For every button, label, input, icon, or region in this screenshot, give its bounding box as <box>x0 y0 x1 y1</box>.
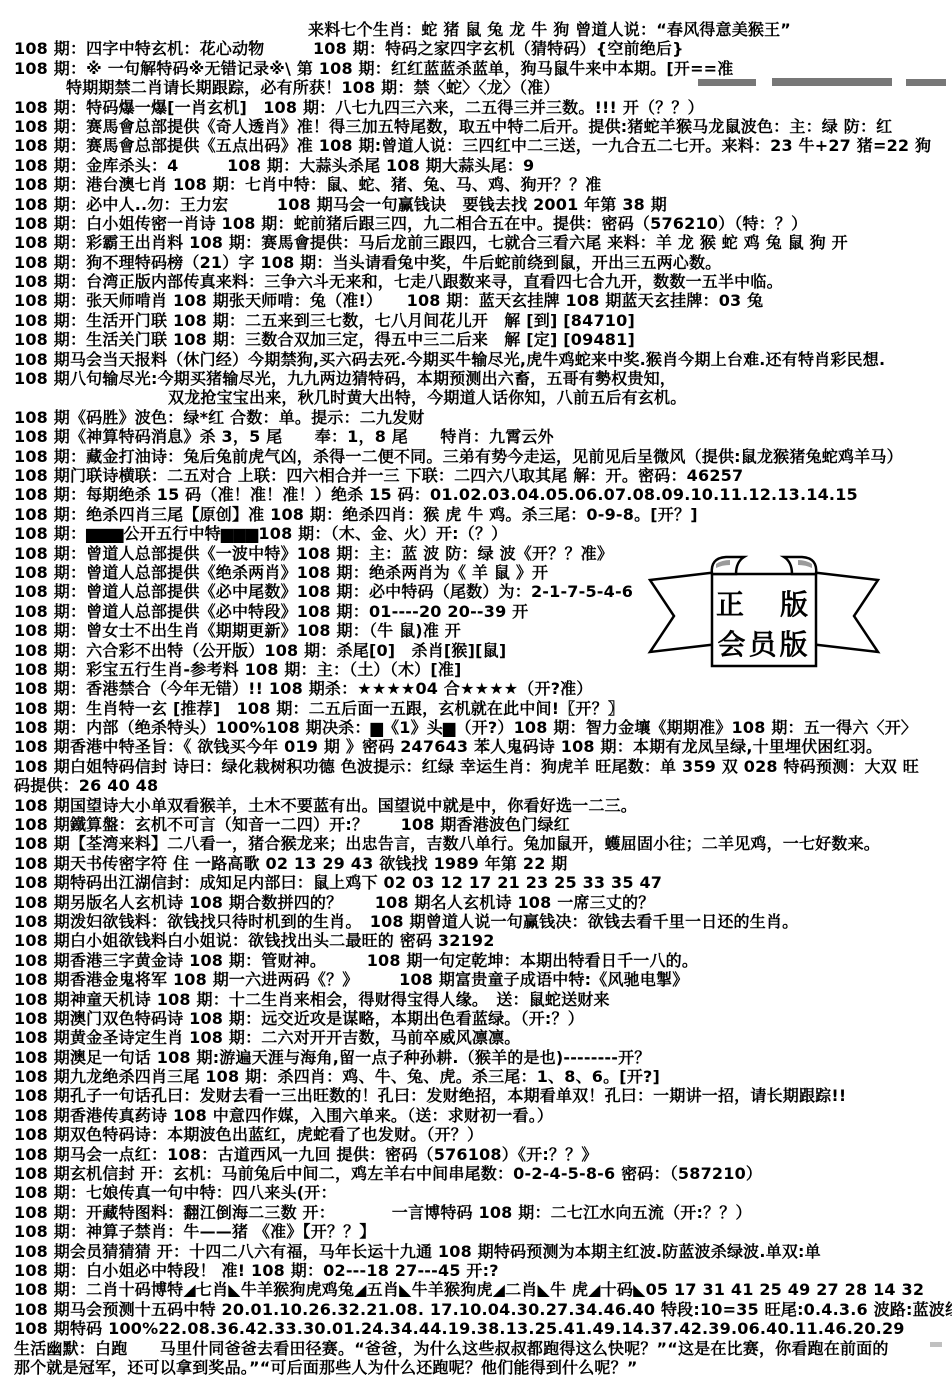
text-line: 108 期：生活开门联 108 期：二五来到三七数，七八月间花儿开 解 [到] … <box>0 311 952 330</box>
text-line: 108 期：赛馬會总部提供《奇人透肖》准！得三加五特尾数，取五中特二后开。提供:… <box>0 117 952 136</box>
genuine-member-edition-banner: 正 版 会员版 <box>646 550 882 670</box>
text-line: 108 期国望诗大小单双看猴羊，土木不要蓝有出。国望说中就是中，你看好选一二三。 <box>0 796 952 815</box>
text-line: 108 期特码 100%22.08.36.42.33.30.01.24.34.4… <box>0 1319 952 1338</box>
text-line: 108 期澳门双色特码诗 108 期：远交近攻是谋略，本期出色看蓝绿。（开:？） <box>0 1009 952 1028</box>
text-line: 108 期：白小姐必中特段！ 准! 108 期：02---18 27---45 … <box>0 1261 952 1280</box>
text-line: 生活幽默：白跑 马里什同爸爸去看田径赛。“爸爸，为什么这些叔叔都跑得这么快呢？”… <box>0 1339 952 1358</box>
text-line: 108 期：生肖特一玄 [推荐] 108 期：二五后面一五跟，玄机就在此中间!〖… <box>0 699 952 718</box>
text-line: 108 期：※ 一句解特码※无错记录※\ 第 108 期：红红蓝蓝杀蓝单，狗马鼠… <box>0 59 952 78</box>
text-line: 108 期另版名人玄机诗 108 期合数拼四的？ 108 期名人玄机诗 108 … <box>0 893 952 912</box>
text-line: 码提供：26 40 48 <box>0 776 952 795</box>
text-line: 108 期：金库杀头：4 108 期：大蒜头杀尾 108 期大蒜头尾：9 <box>0 156 952 175</box>
text-line: 108 期九龙绝杀四肖三尾 108 期：杀四肖：鸡、牛、兔、虎。杀三尾：1、8、… <box>0 1067 952 1086</box>
text-line: 108 期：藏金打油诗：兔后兔前虎气凶，杀得一二便不同。三弟有势今走运，见前见后… <box>0 447 952 466</box>
text-line: 108 期：▆▆▆公开五行中特▆▆▆108 期：（木、金、火）开:（？） <box>0 524 952 543</box>
text-line: 108 期香港三字黄金诗 108 期：管财神。 108 期一句定乾坤：本期出特看… <box>0 951 952 970</box>
ribbon-left-tail <box>650 572 718 652</box>
text-line: 108 期会员猜猜猜 开：十四二八六有福，马年长运十九通 108 期特码预测为本… <box>0 1242 952 1261</box>
text-line: 108 期玄机信封 开：玄机：马前兔后中间二，鸡左羊右中间串尾数：0-2-4-5… <box>0 1164 952 1183</box>
text-line: 108 期白小姐欲钱料白小姐说：欲钱找出头二最旺的 密码 32192 <box>0 931 952 950</box>
text-line: 108 期马会预测十五码中特 20.01.10.26.32.21.08. 17.… <box>0 1300 952 1319</box>
text-line: 108 期神童天机诗 108 期：十二生肖来相会，得财得宝得人缘。 送：鼠蛇送财… <box>0 990 952 1009</box>
text-line: 108 期鐵算盤：玄机不可言（知音一二四）开:？ 108 期香港波色门绿红 <box>0 815 952 834</box>
ribbon-scroll-graphic: 正 版 会员版 <box>646 550 882 670</box>
text-line: 108 期白姐特码信封 诗曰：绿化栽树积功德 色波提示：红绿 幸运生肖：狗虎羊 … <box>0 757 952 776</box>
text-line: 108 期：四字中特玄机：花心动物 108 期：特码之家四字玄机（猜特码）{空前… <box>0 39 952 58</box>
ribbon-right-tail <box>810 572 878 652</box>
text-line: 108 期：每期绝杀 15 码（准！准！准！）绝杀 15 码：01.02.03.… <box>0 485 952 504</box>
text-line: 108 期马会当天报料（休门经）今期禁狗,买六码去死.今期买牛输尽光,虎牛鸡蛇来… <box>0 350 952 369</box>
text-line: 108 期泼妇欲钱料：欲钱找只待时机到的生肖。 108 期曾道人说一句赢钱决：欲… <box>0 912 952 931</box>
text-line: 108 期：神算子禁肖：牛——猪 《准》【开？？】 <box>0 1222 952 1241</box>
text-line: 108 期：彩霸王出肖料 108 期：赛馬會提供：马后龙前三跟四，七就合三看六尾… <box>0 233 952 252</box>
text-line: 108 期澳足一句话 108 期:游遍天涯与海角,留一点子种孙耕.（猴羊的是也)… <box>0 1048 952 1067</box>
text-line: 108 期：赛馬會总部提供《五点出码》准 108 期:曾道人说：三四红中二三送，… <box>0 136 952 155</box>
text-line: 108 期孔子一句话孔曰：发财去看一三出旺数的！孔曰：发财绝招，本期看单双！孔曰… <box>0 1086 952 1105</box>
text-line: 108 期【荃湾来料】二八看一，猪合猴龙来；出忠告言，吉数八单行。兔加鼠开，蠖屈… <box>0 834 952 853</box>
text-line: 108 期香港中特圣旨：《 欲钱买今年 019 期 》密码 247643 苯人鬼… <box>0 737 952 756</box>
scan-artifact <box>906 79 946 86</box>
text-line: 108 期：内部（绝杀特头）100%108 期决杀：▆《1》头▆（开?）108 … <box>0 718 952 737</box>
text-line: 108 期：白小姐传密一肖诗 108 期：蛇前猪后跟三四，九二相合五在中。提供：… <box>0 214 952 233</box>
scan-artifact <box>772 78 892 86</box>
text-line: 108 期：七娘传真一句中特：四八来头(开： <box>0 1183 952 1202</box>
text-line: 108 期：生活关门联 108 期：三数合双加三定，得五中三二后来 解 [定] … <box>0 330 952 349</box>
text-line: 108 期马会一点红：108：古道西风一九回 提供：密码（576108）《开:？… <box>0 1145 952 1164</box>
text-line: 那个就是冠军，还可以拿到奖品。”“可后面那些人为什么还跑呢？他们能得到什么呢？” <box>0 1358 952 1377</box>
text-line: 108 期：必中人..勿：王力宏 108 期马会一句赢钱诀 要钱去找 2001 … <box>0 195 952 214</box>
text-line: 108 期：绝杀四肖三尾【原创】准 108 期：绝杀四肖：猴 虎 牛 鸡。杀三尾… <box>0 505 952 524</box>
banner-text-line2: 会员版 <box>717 628 810 661</box>
text-line: 108 期香港传真药诗 108 中意四作媒，入围六单来。（送：求财初一看。） <box>0 1106 952 1125</box>
text-line: 108 期：香港禁合（今年无错）!! 108 期杀：★★★★04 合★★★★（开… <box>0 679 952 698</box>
text-line: 双龙抢宝宝出来，秋几时黄大出特，今期道人话你知，八前五后有玄机。 <box>0 388 952 407</box>
text-line: 108 期《码胜》波色：绿*红 合数：单。提示：二九发财 <box>0 408 952 427</box>
text-line: 108 期黄金圣诗定生肖 108 期：二六对开开吉数，马前卒威风凛凛。 <box>0 1028 952 1047</box>
document-body: 来料七个生肖：蛇 猪 鼠 兔 龙 牛 狗 曾道人说：“春风得意美猴王”108 期… <box>0 20 952 1377</box>
text-line: 108 期天书传密字符 住 一路高歌 02 13 29 43 欲钱找 1989 … <box>0 854 952 873</box>
text-line: 108 期：特码爆一爆[一肖玄机] 108 期：八七九四三六来，二五得三并三数。… <box>0 98 952 117</box>
text-line: 108 期：台湾正版内部传真来料：三争六斗无来和，七走八跟数来寻，直看四七合九开… <box>0 272 952 291</box>
scan-artifact <box>698 79 756 86</box>
text-line: 108 期：二肖十码博特◢七肖◣牛羊猴狗虎鸡兔◢五肖◣牛羊猴狗虎◢二肖◣牛 虎◢… <box>0 1280 952 1299</box>
text-line: 108 期：张天师啃肖 108 期张天师啃：兔（准!） 108 期：蓝天玄挂牌 … <box>0 291 952 310</box>
text-line: 108 期门联诗横联：二五对合 上联：四六相合并一三 下联：二四六八取其尾 解：… <box>0 466 952 485</box>
text-line: 108 期香港金鬼将军 108 期一六进两码《？》 108 期富贵童子成语中特:… <box>0 970 952 989</box>
text-line: 来料七个生肖：蛇 猪 鼠 兔 龙 牛 狗 曾道人说：“春风得意美猴王” <box>0 20 952 39</box>
scan-artifact <box>930 1342 942 1347</box>
text-line: 108 期八句输尽光:今期买猪输尽光，九九两边猜特码，本期预测出六畜，五哥有勢权… <box>0 369 952 388</box>
text-line: 108 期：狗不理特码榜（21）字 108 期：当头请看兔中奖，牛后蛇前绕到鼠，… <box>0 253 952 272</box>
banner-text-line1: 正 版 <box>716 588 812 621</box>
text-line: 108 期《神算特码消息》杀 3，5 尾 奉：1，8 尾 特肖：九霄云外 <box>0 427 952 446</box>
text-line: 108 期：开藏特图料：翻江倒海二三数 开： 一言博特码 108 期：二七江水向… <box>0 1203 952 1222</box>
text-line: 108 期：港台澳七肖 108 期：七肖中特：鼠、蛇、猪、兔、马、鸡、狗开？？准 <box>0 175 952 194</box>
lottery-tip-sheet: 来料七个生肖：蛇 猪 鼠 兔 龙 牛 狗 曾道人说：“春风得意美猴王”108 期… <box>0 0 952 1388</box>
text-line: 108 期特码出江湖信封：成知足内部曰：鼠上鸡下 02 03 12 17 21 … <box>0 873 952 892</box>
text-line: 108 期双色特码诗：本期波色出蓝红，虎蛇看了也发财。（开？） <box>0 1125 952 1144</box>
